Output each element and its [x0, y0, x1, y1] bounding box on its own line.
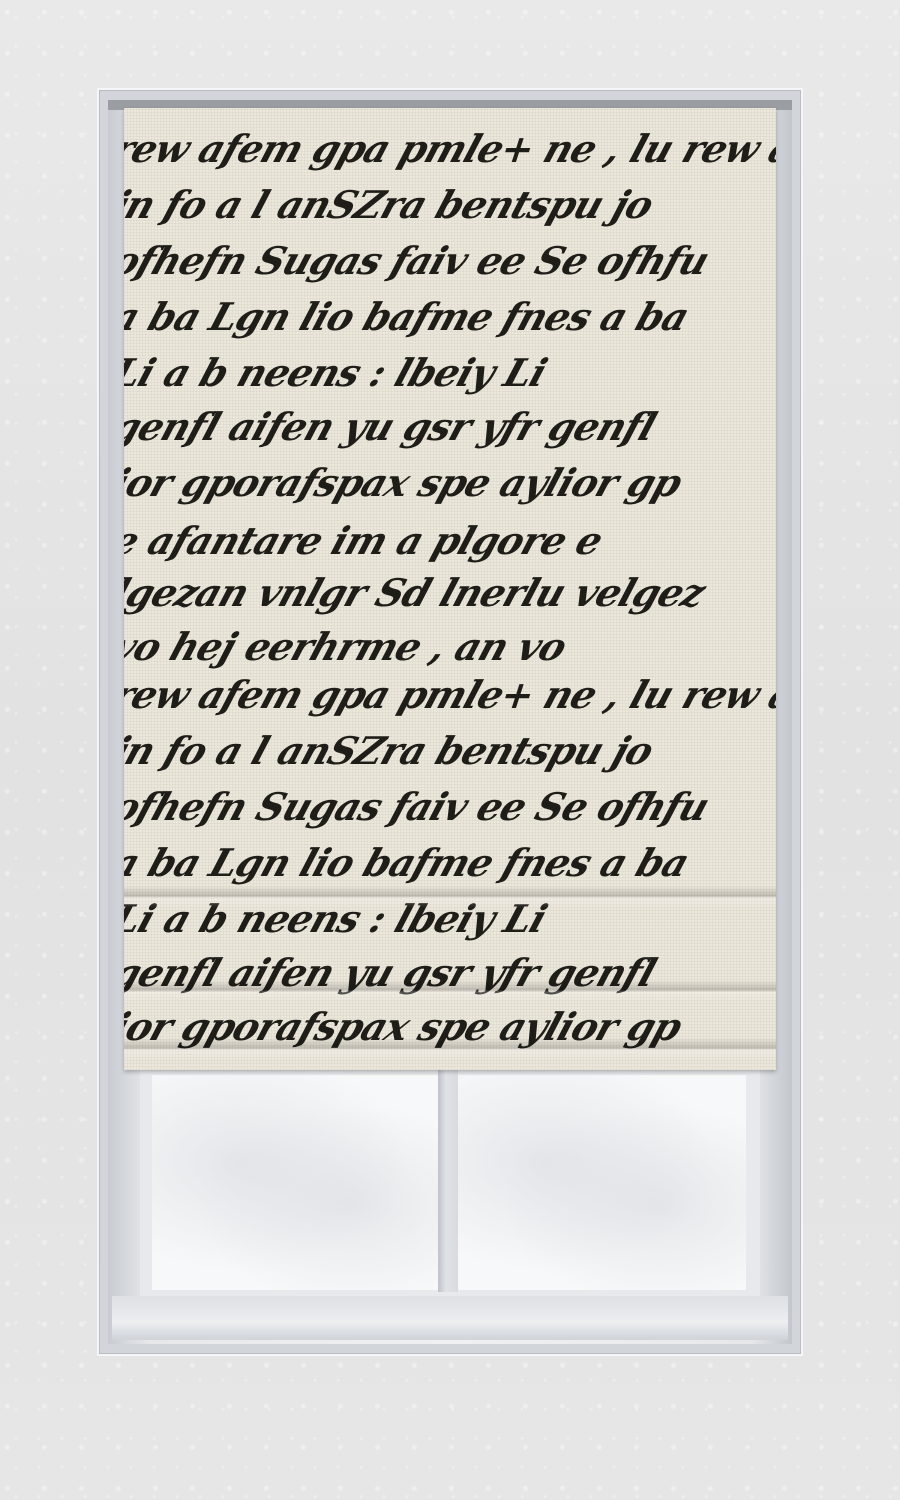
- window-pane-left: [152, 1075, 438, 1290]
- window-mullion: [438, 1070, 458, 1292]
- script-line: ofhefn Sugas faiv ee Se ofhfu: [124, 242, 776, 280]
- blind-fold: [124, 1038, 776, 1060]
- script-line: ofhefn Sugas faiv ee Se ofhfu: [124, 788, 776, 826]
- script-line: rew afem gpa pmle+ ne , lu rew afe: [124, 676, 776, 714]
- script-line: a ba Lgn lio bafme fnes a ba: [124, 298, 776, 336]
- script-line: genfl aifen yu gsr yfr genfl: [124, 408, 776, 446]
- script-line: ior gporafspax spe aylior gp: [124, 464, 776, 502]
- script-line: rew afem gpa pmle+ ne , lu rew afe: [124, 130, 776, 168]
- script-line: vo hej eerhrme , an vo: [124, 628, 776, 666]
- script-line: lgezan vnlgr Sd lnerlu velgez: [124, 574, 776, 612]
- blind-fold: [124, 886, 776, 908]
- script-line: Li a b neens : lbeiy Li: [124, 354, 776, 392]
- window-sill: [112, 1296, 788, 1340]
- script-line: a ba Lgn lio bafme fnes a ba: [124, 844, 776, 882]
- script-line: jn fo a l anSZra bentspu jo: [124, 186, 776, 224]
- script-line: jn fo a l anSZra bentspu jo: [124, 732, 776, 770]
- roman-blind[interactable]: rew afem gpa pmle+ ne , lu rew afe jn fo…: [124, 108, 776, 1070]
- window-pane-right: [458, 1075, 746, 1290]
- blind-fold: [124, 980, 776, 1002]
- script-line: e afantare im a plgore e: [124, 522, 776, 560]
